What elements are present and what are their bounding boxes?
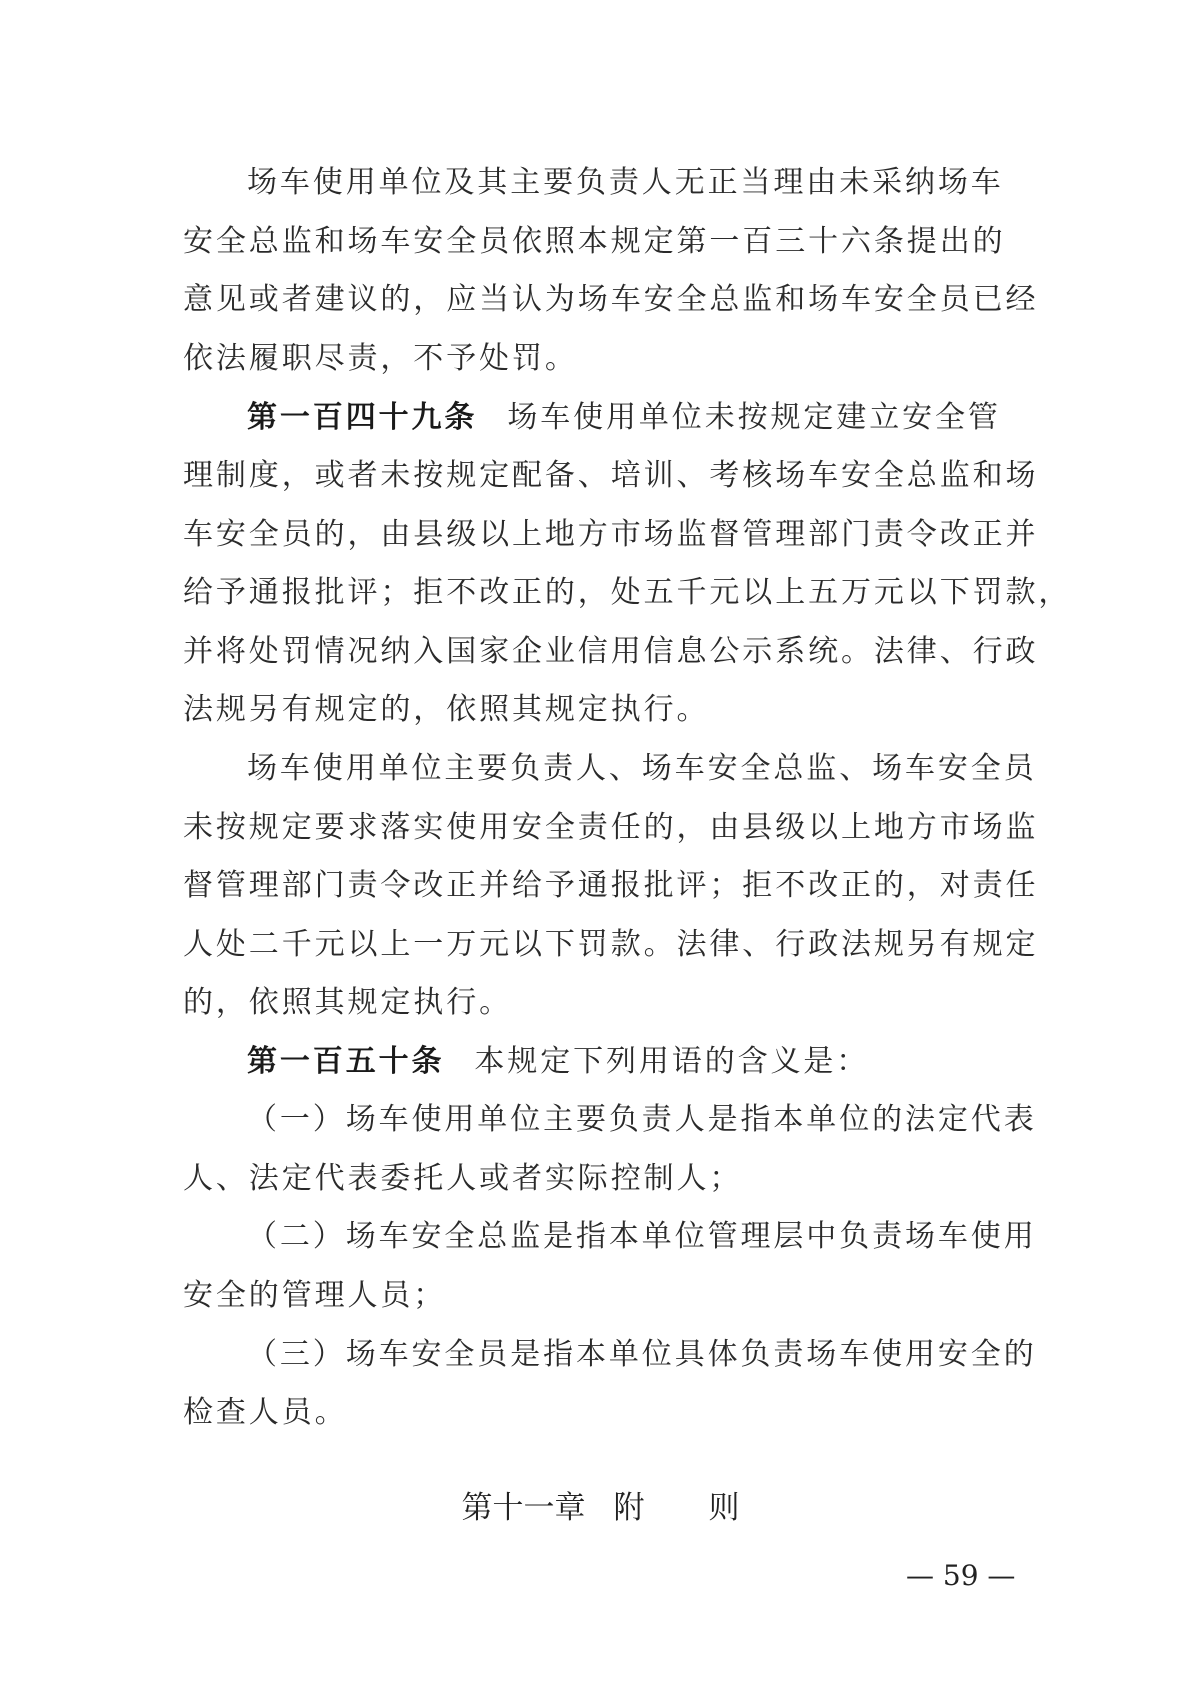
chapter-title-part: 则 [709, 1490, 740, 1526]
text-line: 未按规定要求落实使用安全责任的，由县级以上地方市场监 [183, 808, 1038, 848]
text-span: 本规定下列用语的含义是： [474, 1044, 869, 1079]
text-line: 督管理部门责令改正并给予通报批评；拒不改正的，对责任 [183, 866, 1038, 906]
article-150-first-line: 第一百五十条本规定下列用语的含义是： [247, 1042, 869, 1082]
article-label: 第一百四十九条 [247, 400, 477, 435]
definition-item-line: （二）场车安全总监是指本单位管理层中负责场车使用 [247, 1217, 1037, 1257]
text-span: 场车使用单位未按规定建立安全管 [507, 400, 1001, 435]
text-line: 人处二千元以上一万元以下罚款。法律、行政法规另有规定 [183, 925, 1038, 965]
text-line: 并将处罚情况纳入国家企业信用信息公示系统。法律、行政 [183, 632, 1038, 672]
text-line: 意见或者建议的，应当认为场车安全总监和场车安全员已经 [183, 280, 1038, 320]
text-line: 给予通报批评；拒不改正的，处五千元以上五万元以下罚款， [183, 573, 1071, 613]
text-line: 安全总监和场车安全员依照本规定第一百三十六条提出的 [183, 222, 1006, 262]
chapter-title-part: 附 [614, 1490, 645, 1526]
chapter-heading: 第十一章附则 [183, 1488, 1018, 1528]
text-line: 检查人员。 [183, 1393, 348, 1433]
chapter-number: 第十一章 [462, 1490, 586, 1526]
text-line: 人、法定代表委托人或者实际控制人； [183, 1159, 742, 1199]
definition-item-line: （一）场车使用单位主要负责人是指本单位的法定代表 [247, 1100, 1037, 1140]
text-line: 车安全员的，由县级以上地方市场监督管理部门责令改正并 [183, 515, 1038, 555]
definition-item-line: （三）场车安全员是指本单位具体负责场车使用安全的 [247, 1335, 1037, 1375]
text-line: 安全的管理人员； [183, 1276, 446, 1316]
text-line: 依法履职尽责，不予处罚。 [183, 339, 578, 379]
text-line: 场车使用单位主要负责人、场车安全总监、场车安全员 [247, 749, 1037, 789]
article-label: 第一百五十条 [247, 1044, 444, 1079]
text-line: 场车使用单位及其主要负责人无正当理由未采纳场车 [247, 163, 1004, 203]
text-line: 法规另有规定的，依照其规定执行。 [183, 690, 709, 730]
text-line: 的，依照其规定执行。 [183, 983, 512, 1023]
article-149-first-line: 第一百四十九条场车使用单位未按规定建立安全管 [247, 398, 1001, 438]
page-number: — 59 — [906, 1556, 1015, 1596]
text-line: 理制度，或者未按规定配备、培训、考核场车安全总监和场 [183, 456, 1038, 496]
